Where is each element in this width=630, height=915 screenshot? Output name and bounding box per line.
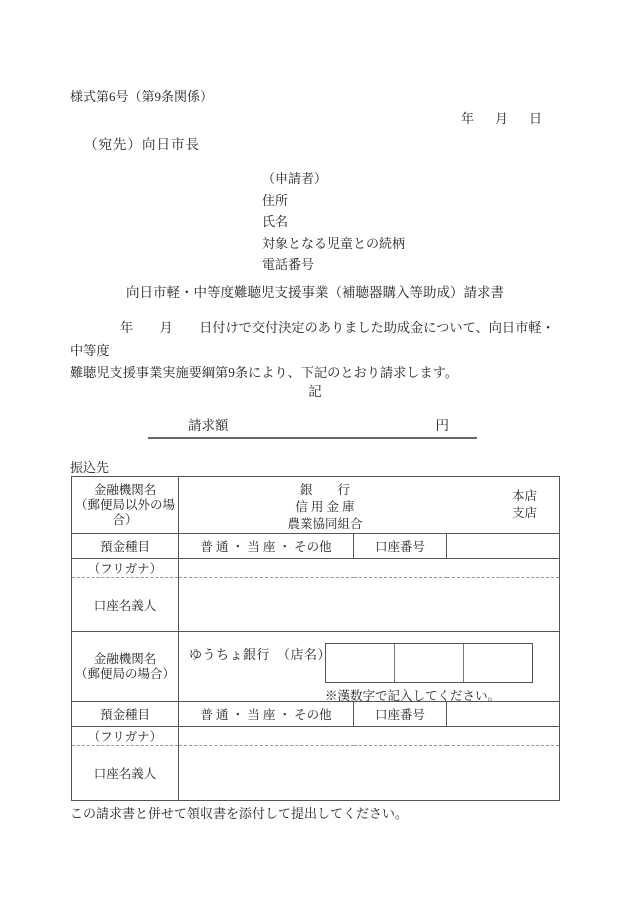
bank-type-options: 銀 行 信 用 金 庫 農業協同組合 [225, 482, 425, 533]
claim-amount-label: 請求額 [188, 414, 229, 437]
postal-deposit-row: 預金種目 普 通 ・ 当 座 ・ その他 口座番号 [72, 702, 560, 727]
postal-institution-label: 金融機関名 [72, 652, 178, 667]
addressee: （宛先）向日市長 [84, 133, 200, 153]
document-page: 様式第6号（第9条関係） 年 月 日 （宛先）向日市長 （申請者） 住所 氏名 … [0, 0, 630, 915]
applicant-relation-label: 対象となる児童との続柄 [262, 233, 405, 255]
postal-institution-row: 金融機関名 （郵便局の場合） ゆうちょ銀行 （店名） ※漢数字で記入してください… [72, 632, 560, 702]
claim-amount-line: 請求額 円 [148, 413, 477, 439]
branch-options: 本店 支店 [512, 488, 537, 521]
postal-furigana-row: （フリガナ） [72, 727, 560, 746]
bank-institution-row: 金融機関名 （郵便局以外の場 合） 銀 行 信 用 金 庫 農業協同組合 本店 … [72, 477, 560, 534]
postal-account-no-value [447, 702, 560, 727]
branch-name-entry-cell-1 [326, 644, 394, 682]
bank-furigana-row: （フリガナ） [72, 559, 560, 578]
bank-deposit-options: 普 通 ・ 当 座 ・ その他 [179, 534, 354, 559]
branch-name-entry-cell-3 [463, 644, 532, 682]
bank-deposit-label: 預金種目 [72, 534, 179, 559]
postal-furigana-label: （フリガナ） [72, 727, 179, 746]
applicant-header: （申請者） [262, 168, 405, 190]
postal-institution-value-cell: ゆうちょ銀行 （店名） ※漢数字で記入してください。 [179, 632, 560, 702]
applicant-block: （申請者） 住所 氏名 対象となる児童との続柄 電話番号 [262, 168, 405, 276]
bank-deposit-row: 預金種目 普 通 ・ 当 座 ・ その他 口座番号 [72, 534, 560, 559]
bank-institution-types-cell: 銀 行 信 用 金 庫 農業協同組合 本店 支店 [179, 477, 560, 534]
postal-institution-label-cell: 金融機関名 （郵便局の場合） [72, 632, 179, 702]
postal-account-no-label: 口座番号 [354, 702, 447, 727]
postal-deposit-label: 預金種目 [72, 702, 179, 727]
applicant-address-label: 住所 [262, 190, 405, 212]
bank-institution-label: 金融機関名 [72, 483, 178, 498]
claim-amount-unit: 円 [436, 414, 450, 437]
applicant-phone-label: 電話番号 [262, 254, 405, 276]
kanji-note: ※漢数字で記入してください。 [325, 686, 500, 702]
footer-note: この請求書と併せて領収書を添付して提出してください。 [70, 803, 408, 822]
yuucho-bank-name: ゆうちょ銀行 （店名） [189, 644, 331, 663]
postal-deposit-options: 普 通 ・ 当 座 ・ その他 [179, 702, 354, 727]
postal-holder-row: 口座名義人 [72, 746, 560, 801]
postal-furigana-value [179, 727, 560, 746]
postal-holder-label: 口座名義人 [72, 746, 179, 801]
body-paragraph: 年 月 日付けで交付決定のありました助成金について、向日市軽・中等度 難聴児支援… [70, 317, 562, 385]
document-title: 向日市軽・中等度難聴児支援事業（補聴器購入等助成）請求書 [0, 281, 630, 301]
bank-furigana-label: （フリガナ） [72, 559, 179, 578]
payee-heading: 振込先 [70, 457, 109, 476]
bank-holder-row: 口座名義人 [72, 578, 560, 632]
bank-account-no-label: 口座番号 [354, 534, 447, 559]
date-line: 年 月 日 [461, 108, 546, 127]
bank-furigana-value [179, 559, 560, 578]
bank-holder-label: 口座名義人 [72, 578, 179, 632]
branch-name-entry-box [325, 643, 533, 683]
bank-account-no-value [447, 534, 560, 559]
form-number: 様式第6号（第9条関係） [70, 86, 213, 105]
bank-holder-value [179, 578, 560, 632]
branch-name-entry-cell-2 [394, 644, 463, 682]
payee-table: 金融機関名 （郵便局以外の場 合） 銀 行 信 用 金 庫 農業協同組合 本店 … [71, 476, 560, 801]
applicant-name-label: 氏名 [262, 211, 405, 233]
body-line-1: 年 月 日付けで交付決定のありました助成金について、向日市軽・中等度 [70, 317, 562, 362]
record-heading: 記 [0, 380, 630, 400]
postal-holder-value [179, 746, 560, 801]
bank-institution-label-cell: 金融機関名 （郵便局以外の場 合） [72, 477, 179, 534]
